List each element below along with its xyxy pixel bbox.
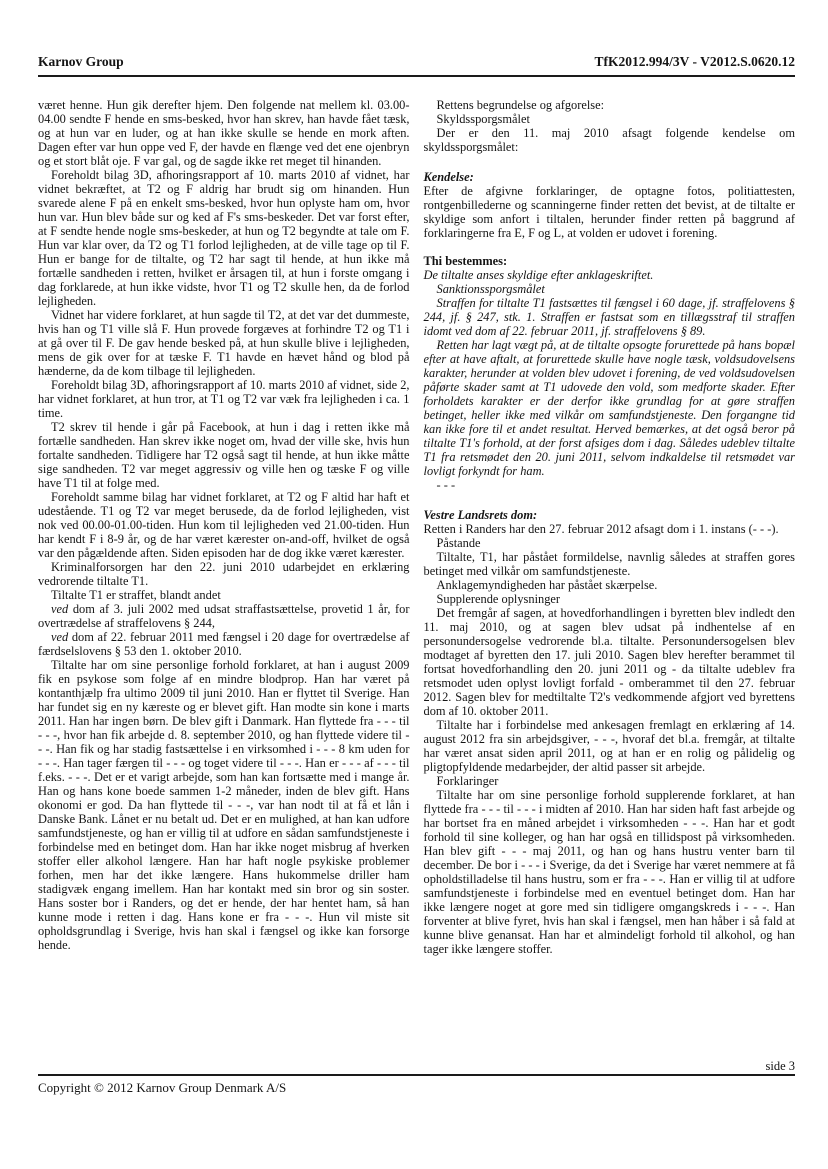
publisher-name: Karnov Group bbox=[38, 54, 124, 70]
paragraph: Vidnet har videre forklaret, at hun sagd… bbox=[38, 308, 410, 378]
paragraph: Efter de afgivne forklaringer, de optagn… bbox=[424, 184, 796, 240]
paragraph: Tiltalte, T1, har påstået formildelse, n… bbox=[424, 550, 796, 578]
paragraph: Anklagemyndigheden har påstået skærpelse… bbox=[424, 578, 796, 592]
copyright-notice: Copyright © 2012 Karnov Group Denmark A/… bbox=[38, 1080, 795, 1096]
paragraph: Forklaringer bbox=[424, 774, 796, 788]
spacer bbox=[424, 154, 796, 170]
paragraph: Kendelse: bbox=[424, 170, 796, 184]
paragraph: Retten har lagt vægt på, at de tiltalte … bbox=[424, 338, 796, 478]
paragraph: Straffen for tiltalte T1 fastsættes til … bbox=[424, 296, 796, 338]
text-segment: dom af 22. februar 2011 med fængsel i 20… bbox=[38, 630, 410, 658]
page-number: side 3 bbox=[38, 1060, 795, 1073]
paragraph: - - - bbox=[424, 478, 796, 492]
paragraph: T2 skrev til hende i går på Facebook, at… bbox=[38, 420, 410, 490]
paragraph: Thi bestemmes: bbox=[424, 254, 796, 268]
paragraph: Rettens begrundelse og afgorelse: bbox=[424, 98, 796, 112]
text-segment: dom af 3. juli 2002 med udsat straffasts… bbox=[38, 602, 410, 630]
two-column-body: været henne. Hun gik derefter hjem. Den … bbox=[38, 98, 795, 956]
paragraph: Påstande bbox=[424, 536, 796, 550]
paragraph: Foreholdt bilag 3D, afhoringsrapport af … bbox=[38, 168, 410, 308]
paragraph: Vestre Landsrets dom: bbox=[424, 508, 796, 522]
paragraph: været henne. Hun gik derefter hjem. Den … bbox=[38, 98, 410, 168]
page-footer: side 3 Copyright © 2012 Karnov Group Den… bbox=[38, 1060, 795, 1096]
paragraph: Det fremgår af sagen, at hovedforhandlin… bbox=[424, 606, 796, 718]
paragraph: Tiltalte T1 er straffet, blandt andet bbox=[38, 588, 410, 602]
paragraph: ved dom af 3. juli 2002 med udsat straff… bbox=[38, 602, 410, 630]
document-page: Karnov Group TfK2012.994/3V - V2012.S.06… bbox=[0, 0, 828, 1169]
case-reference: TfK2012.994/3V - V2012.S.0620.12 bbox=[594, 54, 795, 70]
italic-lead: ved bbox=[51, 602, 68, 616]
paragraph: Der er den 11. maj 2010 afsagt folgende … bbox=[424, 126, 796, 154]
paragraph: ved dom af 22. februar 2011 med fængsel … bbox=[38, 630, 410, 658]
paragraph: De tiltalte anses skyldige efter anklage… bbox=[424, 268, 796, 282]
paragraph: Tiltalte har om sine personlige forhold … bbox=[38, 658, 410, 952]
paragraph: Retten i Randers har den 27. februar 201… bbox=[424, 522, 796, 536]
paragraph: Foreholdt samme bilag har vidnet forklar… bbox=[38, 490, 410, 560]
paragraph: Tiltalte har om sine personlige forhold … bbox=[424, 788, 796, 956]
paragraph: Skyldssporgsmålet bbox=[424, 112, 796, 126]
footer-rule bbox=[38, 1074, 795, 1076]
right-column: Rettens begrundelse og afgorelse:Skyldss… bbox=[424, 98, 796, 956]
paragraph: Foreholdt bilag 3D, afhoringsrapport af … bbox=[38, 378, 410, 420]
left-column: været henne. Hun gik derefter hjem. Den … bbox=[38, 98, 410, 956]
spacer bbox=[424, 492, 796, 508]
paragraph: Tiltalte har i forbindelse med ankesagen… bbox=[424, 718, 796, 774]
paragraph: Supplerende oplysninger bbox=[424, 592, 796, 606]
paragraph: Kriminalforsorgen har den 22. juni 2010 … bbox=[38, 560, 410, 588]
page-header: Karnov Group TfK2012.994/3V - V2012.S.06… bbox=[38, 54, 795, 70]
italic-lead: ved bbox=[51, 630, 68, 644]
header-rule bbox=[38, 75, 795, 77]
paragraph: Sanktionssporgsmålet bbox=[424, 282, 796, 296]
spacer bbox=[424, 240, 796, 254]
